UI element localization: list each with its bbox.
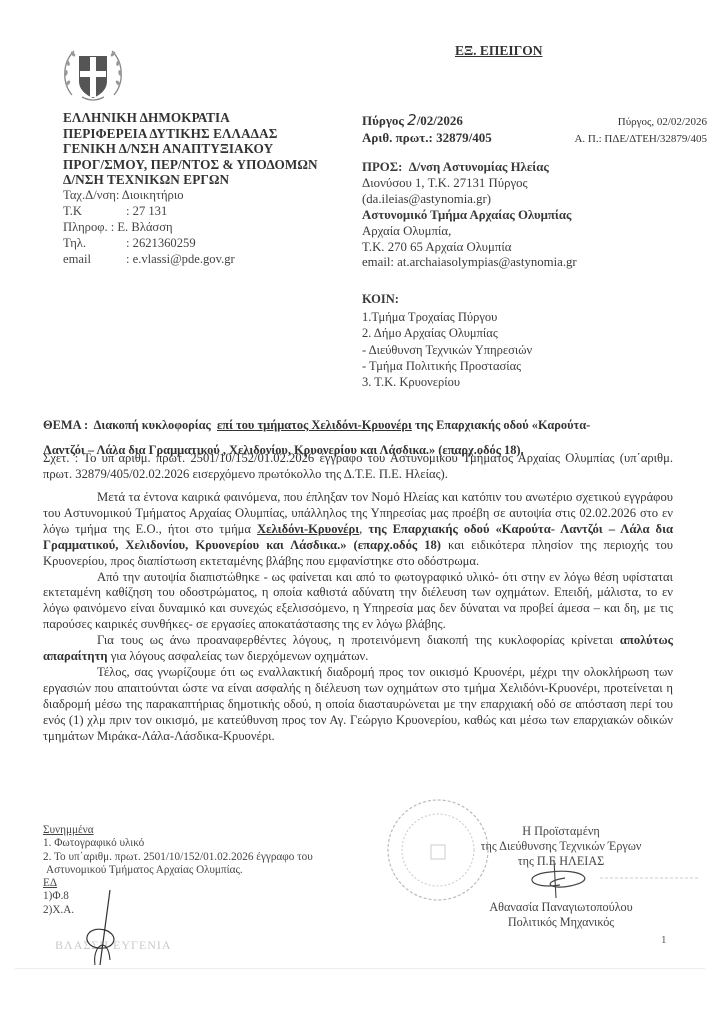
printed-protocol: Α. Π.: ΠΔΕ/ΔΤΕΗ/32879/405 [574, 131, 707, 147]
cc-item: 3. Τ.Κ. Κρυονερίου [362, 374, 532, 390]
cc-item: - Διεύθυνση Τεχνικών Υπηρεσιών [362, 342, 532, 358]
recipient-primary: ΠΡΟΣ: Δ/νση Αστυνομίας Ηλείας [362, 160, 577, 176]
contact-address: Ταχ.Δ/νση: Διοικητήριο [63, 188, 235, 204]
issuer-line: ΓΕΝΙΚΗ Δ/ΝΣΗ ΑΝΑΠΤΥΞΙΑΚΟΥ [63, 141, 318, 157]
attachment-item: 2. Το υπ΄αριθμ. πρωτ. 2501/10/152/01.02.… [43, 851, 313, 864]
signatory-role: Η Προϊσταμένη [436, 824, 686, 839]
subject-line-1: ΘΕΜΑ : Διακοπή κυκλοφορίας επί του τμήμα… [43, 413, 673, 438]
contact-value: : Ε. Βλάσση [108, 220, 173, 236]
recipient-line: Τ.Κ. 270 65 Αρχαία Ολυμπία [362, 240, 577, 256]
attachment-item: 1. Φωτογραφικό υλικό [43, 837, 313, 850]
attachment-item: Αστυνομικού Τμήματος Αρχαίας Ολυμπίας. [43, 864, 313, 877]
cc-item: 1.Τμήμα Τροχαίας Πύργου [362, 309, 532, 325]
issuer-header: ΕΛΛΗΝΙΚΗ ΔΗΜΟΚΡΑΤΙΑ ΠΕΡΙΦΕΡΕΙΑ ΔΥΤΙΚΗΣ Ε… [63, 110, 318, 188]
contact-email: email: e.vlassi@pde.gov.gr [63, 252, 235, 268]
issuer-line: Δ/ΝΣΗ ΤΕΧΝΙΚΩΝ ΕΡΓΩΝ [63, 172, 318, 188]
contact-phone: Τηλ.: 2621360259 [63, 236, 235, 252]
date-protocol-block: Πύργος 2/02/2026 Πύργος, 02/02/2026 Αριθ… [362, 112, 707, 147]
contact-label: Τηλ. [63, 236, 126, 252]
contact-value: : 27 131 [126, 204, 167, 220]
urgency-label: ΕΞ. ΕΠΕΙΓΟΝ [455, 43, 543, 59]
issuer-contact: Ταχ.Δ/νση: Διοικητήριο Τ.Κ: 27 131 Πληρο… [63, 188, 235, 268]
paragraph-4: Τέλος, σας γνωρίζουμε ότι ως εναλλακτική… [43, 665, 673, 745]
recipient-line: Διονύσου 1, Τ.Κ. 27131 Πύργος [362, 176, 577, 192]
contact-value: : 2621360259 [126, 236, 196, 252]
contact-info-person: Πληροφ.: Ε. Βλάσση [63, 220, 235, 236]
subject-label: ΘΕΜΑ : [43, 418, 88, 432]
paragraph-2: Από την αυτοψία διαπιστώθηκε - ως φαίνετ… [43, 570, 673, 634]
issuer-line: ΠΕΡΙΦΕΡΕΙΑ ΔΥΤΙΚΗΣ ΕΛΛΑΔΑΣ [63, 126, 318, 142]
handwritten-signature-icon [490, 860, 700, 905]
contact-label: Ταχ.Δ/νση [63, 188, 116, 204]
issuer-line: ΠΡΟΓ/ΣΜΟΥ, ΠΕΡ/ΝΤΟΣ & ΥΠΟΔΟΜΩΝ [63, 157, 318, 173]
cc-item: 2. Δήμο Αρχαίας Ολυμπίας [362, 325, 532, 341]
initials-signature-icon [70, 890, 130, 975]
reference: Σχετ. : Το υπ΄αριθμ. πρωτ. 2501/10/152/0… [43, 450, 673, 482]
contact-label: Πληροφ. [63, 220, 108, 236]
paragraph-3: Για τους ως άνω προαναφερθέντες λόγους, … [43, 633, 673, 665]
handwritten-day: 2 [407, 111, 417, 129]
attachments-label: Συνημμένα [43, 824, 313, 837]
recipient-secondary: Αστυνομικό Τμήμα Αρχαίας Ολυμπίας [362, 208, 577, 224]
cc-item: - Τμήμα Πολιτικής Προστασίας [362, 358, 532, 374]
greek-coat-of-arms-icon [60, 43, 126, 108]
contact-label: Τ.Κ [63, 204, 126, 220]
scan-edge-line [15, 968, 705, 969]
issuer-line: ΕΛΛΗΝΙΚΗ ΔΗΜΟΚΡΑΤΙΑ [63, 110, 318, 126]
page-number: 1 [661, 934, 667, 946]
contact-value[interactable]: : e.vlassi@pde.gov.gr [126, 252, 235, 268]
body-text: Μετά τα έντονα καιρικά φαινόμενα, που έπ… [43, 490, 673, 745]
contact-value: : Διοικητήριο [116, 188, 184, 204]
cc-block: ΚΟΙΝ: 1.Τμήμα Τροχαίας Πύργου 2. Δήμο Αρ… [362, 307, 532, 390]
recipients-block: ΠΡΟΣ: Δ/νση Αστυνομίας Ηλείας Διονύσου 1… [362, 160, 577, 271]
recipient-email[interactable]: (da.ileias@astynomia.gr) [362, 192, 577, 208]
paragraph-1: Μετά τα έντονα καιρικά φαινόμενα, που έπ… [43, 490, 673, 570]
recipient-line: Αρχαία Ολυμπία, [362, 224, 577, 240]
recipient-email[interactable]: email: at.archaiasolympias@astynomia.gr [362, 255, 577, 271]
cc-label: ΚΟΙΝ: [362, 291, 532, 307]
internal-distribution-label: ΕΔ [43, 877, 313, 890]
signatory-role: της Διεύθυνσης Τεχνικών Έργων [436, 839, 686, 854]
signatory-title: Πολιτικός Μηχανικός [436, 915, 686, 930]
printed-date: Πύργος, 02/02/2026 [618, 114, 707, 130]
handwritten-date: Πύργος 2/02/2026 [362, 112, 463, 129]
protocol-number: Αριθ. πρωτ.: 32879/405 [362, 130, 492, 146]
contact-label: email [63, 252, 126, 268]
contact-postcode: Τ.Κ: 27 131 [63, 204, 235, 220]
